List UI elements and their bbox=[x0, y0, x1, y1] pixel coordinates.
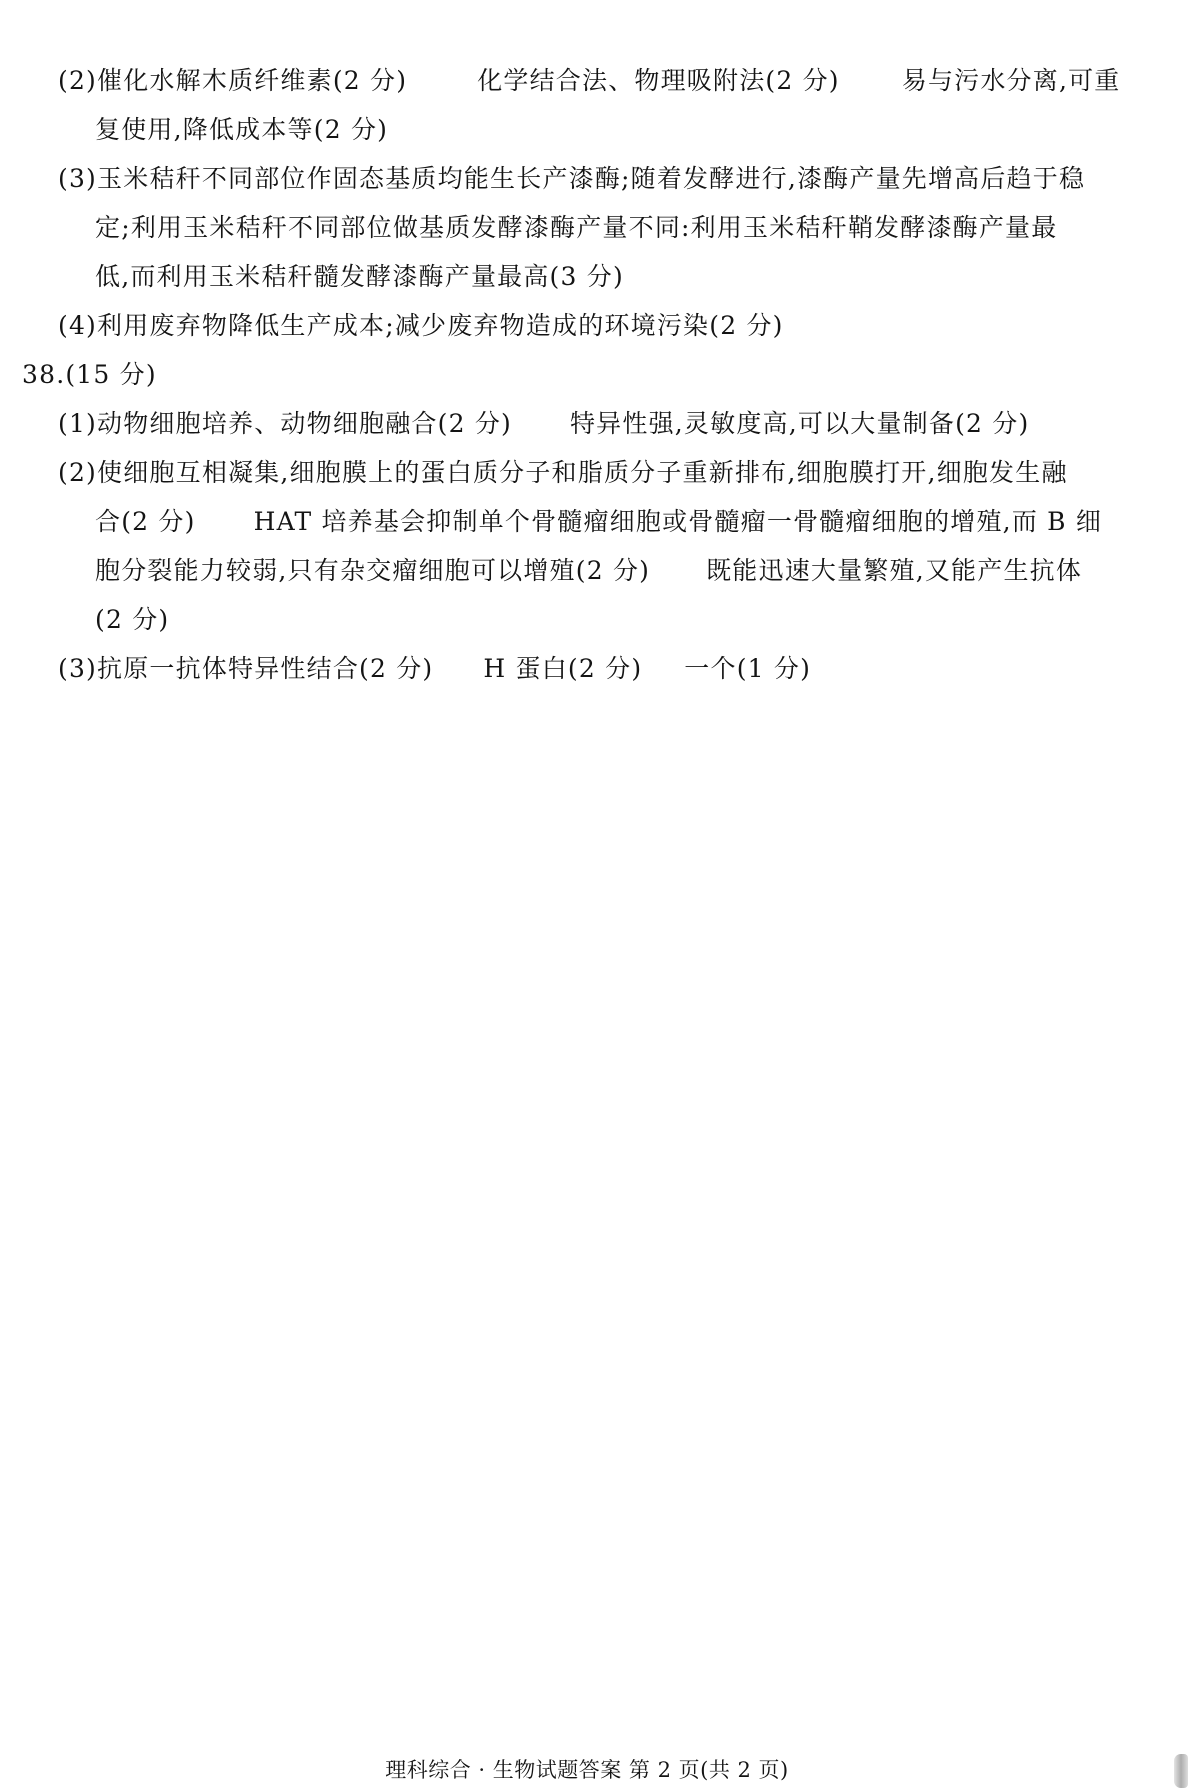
q38-part2-answer-a: 合(2 分) bbox=[95, 507, 196, 536]
q38-part2-line1: (2)使细胞互相凝集,细胞膜上的蛋白质分子和脂质分子重新排布,细胞膜打开,细胞发… bbox=[58, 456, 1068, 490]
q37-part2-answer-c: 易与污水分离,可重 bbox=[902, 66, 1121, 95]
q38-part2-line2: 合(2 分)HAT 培养基会抑制单个骨髓瘤细胞或骨髓瘤一骨髓瘤细胞的增殖,而 B… bbox=[95, 505, 1102, 539]
q38-part3-answer-b: H 蛋白(2 分) bbox=[483, 654, 642, 683]
page-footer: 理科综合 · 生物试题答案 第 2 页(共 2 页) bbox=[0, 1756, 1194, 1784]
q37-part2-answer-a: (2)催化水解木质纤维素(2 分) bbox=[58, 66, 407, 95]
q38-part2-line4: (2 分) bbox=[95, 603, 169, 637]
binding-edge-mark bbox=[1174, 1754, 1188, 1788]
q37-part4-line1: (4)利用废弃物降低生产成本;减少废弃物造成的环境污染(2 分) bbox=[58, 309, 784, 343]
q38-part2-line3: 胞分裂能力较弱,只有杂交瘤细胞可以增殖(2 分)既能迅速大量繁殖,又能产生抗体 bbox=[95, 554, 1082, 588]
q38-part2-answer-b: HAT 培养基会抑制单个骨髓瘤细胞或骨髓瘤一骨髓瘤细胞的增殖,而 B 细 bbox=[254, 507, 1103, 536]
q38-part1-line1: (1)动物细胞培养、动物细胞融合(2 分)特异性强,灵敏度高,可以大量制备(2 … bbox=[58, 407, 1029, 441]
q38-part3-line1: (3)抗原一抗体特异性结合(2 分)H 蛋白(2 分)一个(1 分) bbox=[58, 652, 811, 686]
q38-heading: 38.(15 分) bbox=[22, 358, 157, 392]
q38-part3-answer-c: 一个(1 分) bbox=[684, 654, 811, 683]
q38-part2-line3-text: 胞分裂能力较弱,只有杂交瘤细胞可以增殖(2 分) bbox=[95, 556, 650, 585]
q38-part3-answer-a: (3)抗原一抗体特异性结合(2 分) bbox=[58, 654, 433, 683]
q37-part2-line1: (2)催化水解木质纤维素(2 分)化学结合法、物理吸附法(2 分)易与污水分离,… bbox=[58, 64, 1121, 98]
q38-part1-answer-b: 特异性强,灵敏度高,可以大量制备(2 分) bbox=[570, 409, 1029, 438]
q37-part2-line2: 复使用,降低成本等(2 分) bbox=[95, 113, 388, 147]
answer-key-page: (2)催化水解木质纤维素(2 分)化学结合法、物理吸附法(2 分)易与污水分离,… bbox=[0, 0, 1194, 1792]
q37-part2-answer-b: 化学结合法、物理吸附法(2 分) bbox=[477, 66, 840, 95]
q37-part3-line1: (3)玉米秸秆不同部位作固态基质均能生长产漆酶;随着发酵进行,漆酶产量先增高后趋… bbox=[58, 162, 1085, 196]
q37-part3-line3: 低,而利用玉米秸秆髓发酵漆酶产量最高(3 分) bbox=[95, 260, 624, 294]
q38-part1-answer-a: (1)动物细胞培养、动物细胞融合(2 分) bbox=[58, 409, 512, 438]
q37-part3-line2: 定;利用玉米秸秆不同部位做基质发酵漆酶产量不同:利用玉米秸秆鞘发酵漆酶产量最 bbox=[95, 211, 1057, 245]
q38-part2-answer-c: 既能迅速大量繁殖,又能产生抗体 bbox=[706, 556, 1082, 585]
